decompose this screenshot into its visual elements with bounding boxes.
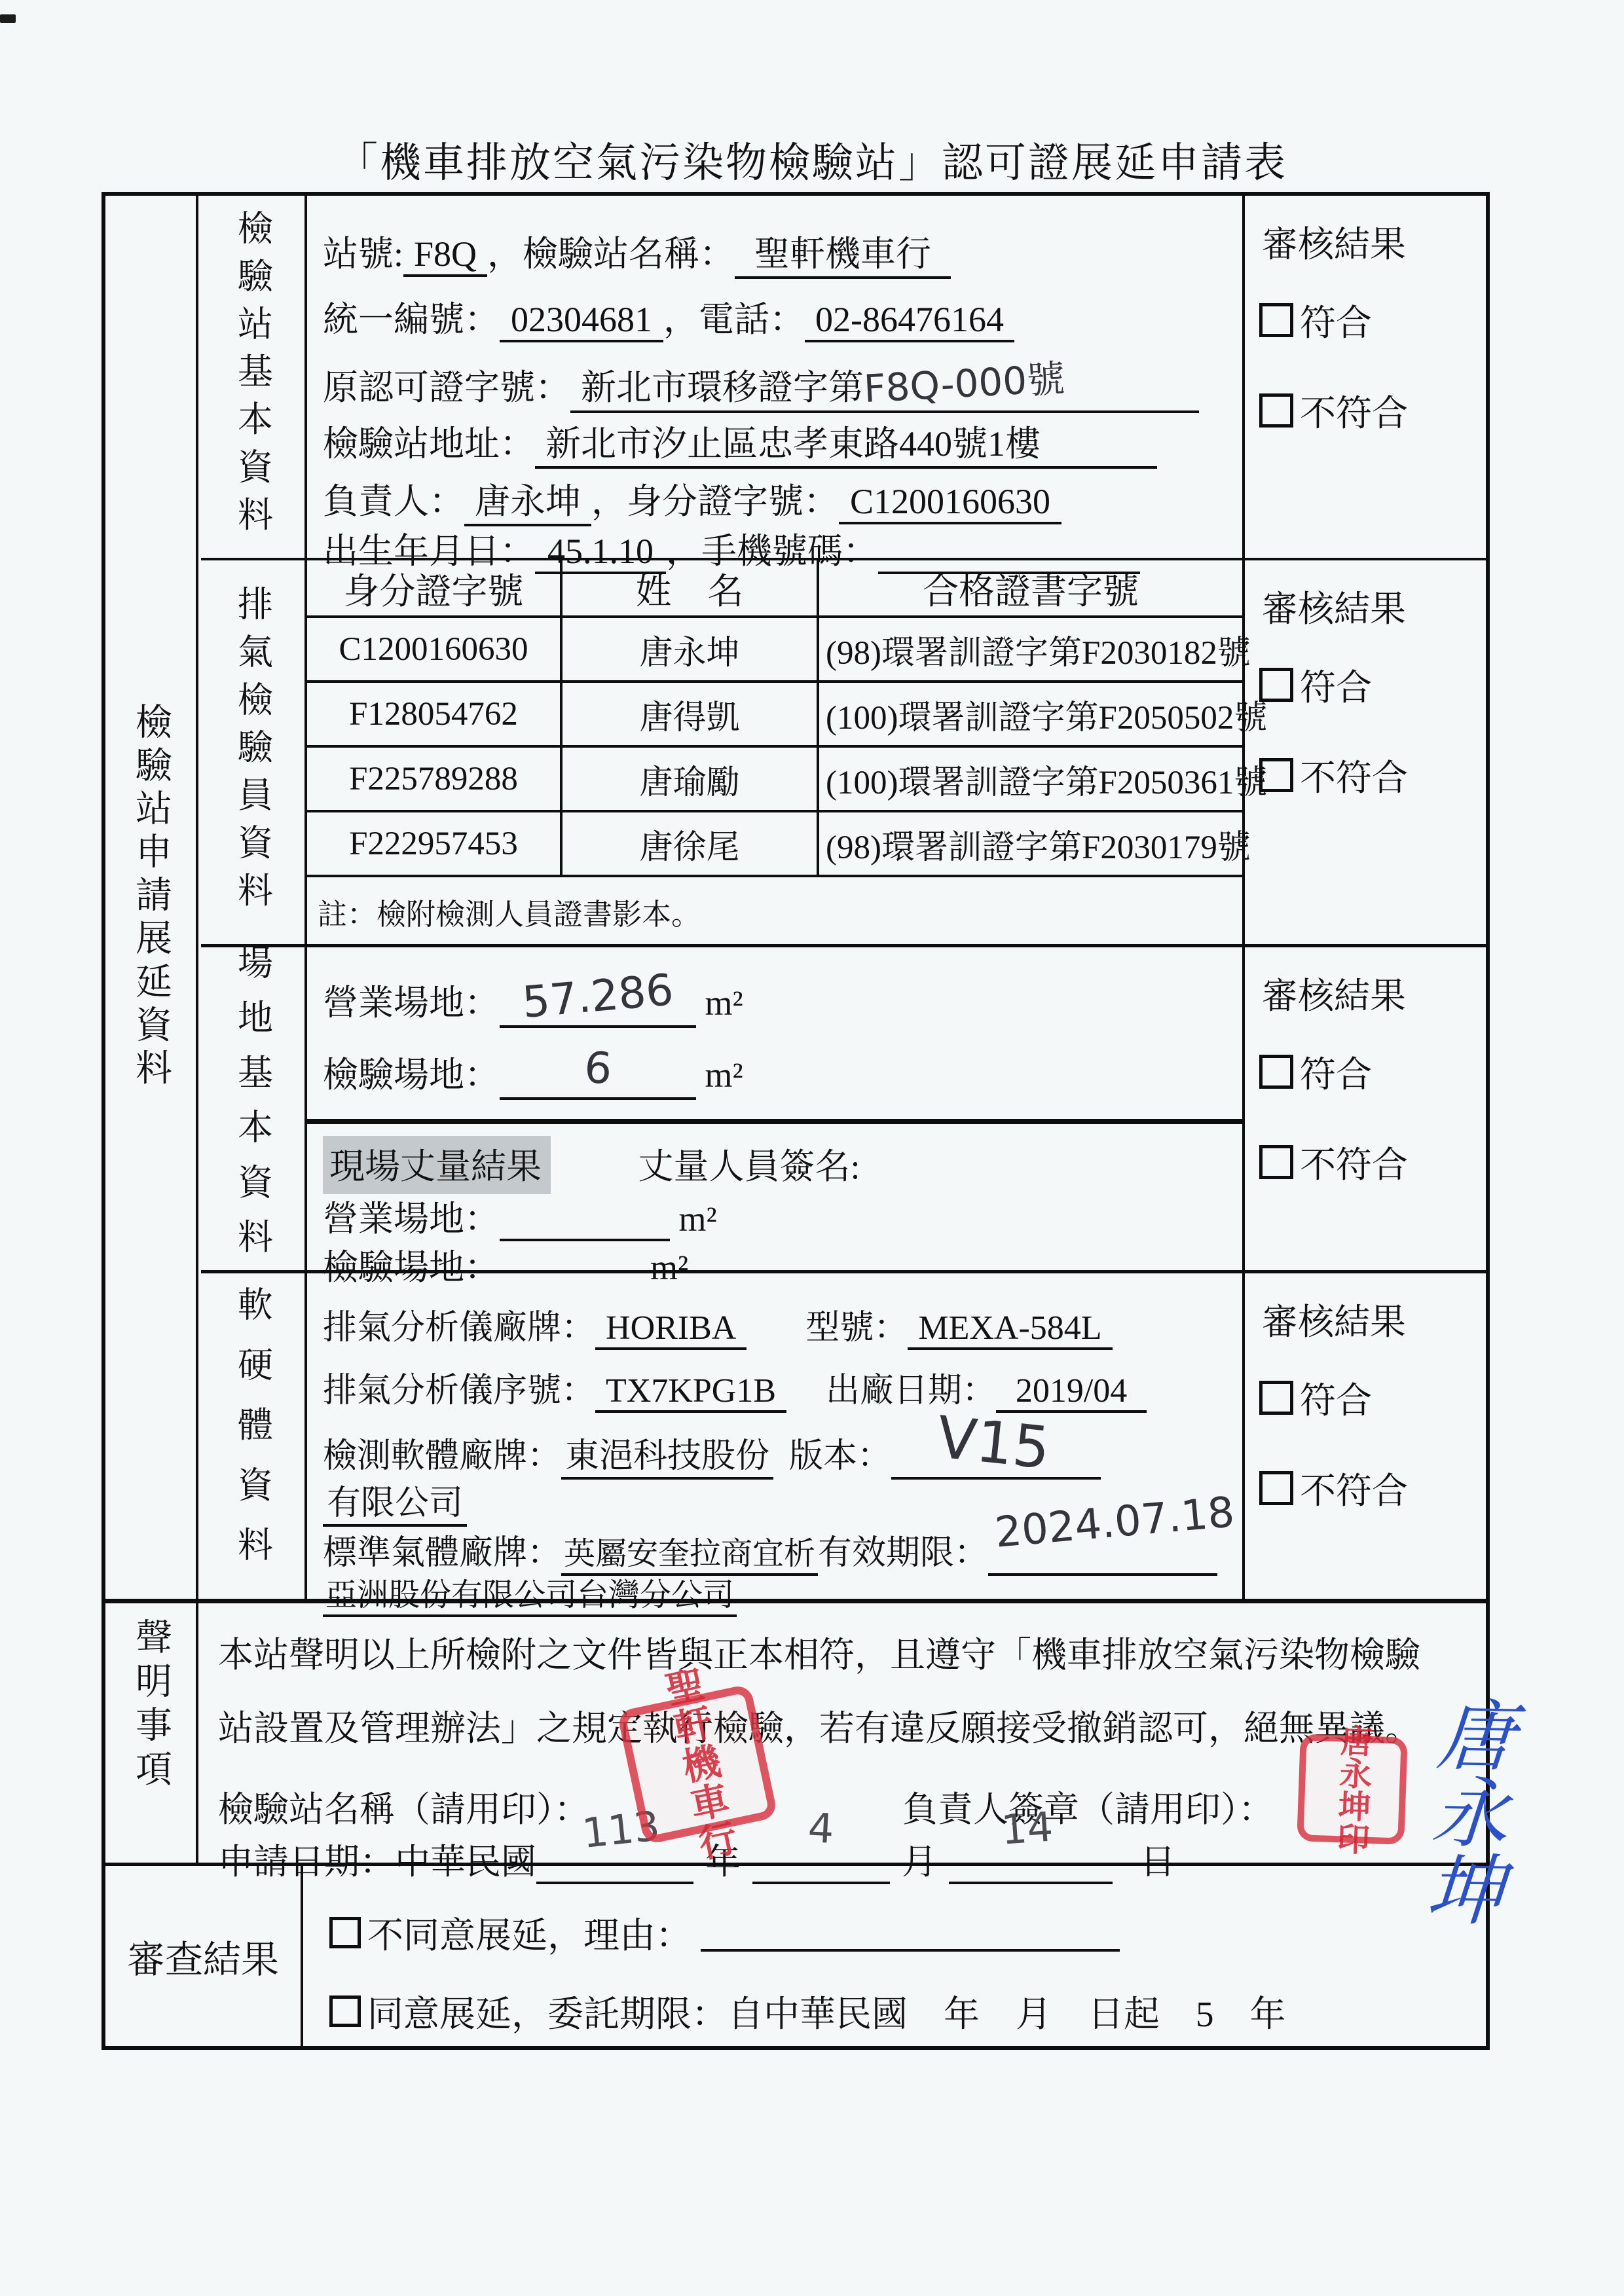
tel-label: ，電話： [663, 300, 805, 339]
fail-checkbox[interactable] [1259, 393, 1293, 428]
owner-label: 負責人： [323, 482, 464, 521]
inspection-area-line: 檢驗場地：6 m² [323, 1047, 743, 1100]
expiry-label: 有效期限： [818, 1535, 988, 1572]
cell-cert: (98)環署訓證字第F2030182號 [819, 618, 1251, 680]
site-basic-content: 營業場地：57.286 m² 檢驗場地：6 m² 現場丈量結果 丈量人員簽名: … [307, 947, 1242, 1270]
review-station-basic: 審核結果 符合 不符合 [1242, 196, 1486, 558]
software-vendor2: 有限公司 [323, 1475, 467, 1527]
expiry-field[interactable]: 2024.07.18 [988, 1538, 1217, 1576]
month-hand: 4 [807, 1804, 835, 1853]
analyzer-serial-line: 排氣分析儀序號：TX7KPG1B出廠日期：2019/04 [323, 1362, 1147, 1413]
review-title: 審核結果 [1262, 580, 1486, 632]
pass-label: 符合 [1300, 1046, 1372, 1097]
application-form: 檢驗站申請展延資料 檢驗站基本資料 站號:F8Q，檢驗站名稱：聖軒機車行 統一編… [101, 192, 1490, 2050]
model-label: 型號： [805, 1309, 908, 1347]
measure-title: 現場丈量結果 [323, 1136, 551, 1194]
pass-checkbox[interactable] [1259, 668, 1293, 702]
inspection-area-field[interactable]: 6 [500, 1047, 696, 1100]
section-station-basic: 檢驗站基本資料 站號:F8Q，檢驗站名稱：聖軒機車行 統一編號：02304681… [201, 196, 1486, 558]
review-pass-option: 符合 [1259, 1372, 1372, 1423]
section-label-inspectors: 排氣檢驗員資料 [201, 560, 307, 944]
uid-line: 統一編號：02304681，電話：02-86476164 [323, 291, 1014, 342]
gas-vendor-line: 標準氣體廠牌：英屬安奎拉商宜析有效期限：2024.07.18 [323, 1525, 1217, 1576]
orig-cert-printed: 新北市環移證字第 [581, 368, 864, 407]
header-name: 姓 名 [563, 560, 819, 615]
measured-business-field[interactable] [500, 1203, 670, 1241]
unit-m2: m² [679, 1199, 717, 1239]
owner-signature: 唐永坤 [1401, 1694, 1528, 1927]
cell-id: C1200160630 [307, 618, 563, 680]
day-hand: 14 [1000, 1802, 1055, 1853]
software-vendor-label: 檢測軟體廠牌： [323, 1438, 561, 1475]
uid-field[interactable]: 02304681 [500, 299, 663, 342]
unit-m2: m² [705, 983, 743, 1023]
analyzer-brand-line: 排氣分析儀廠牌：HORIBA型號：MEXA-584L [323, 1300, 1113, 1350]
review-fail-option: 不符合 [1259, 749, 1408, 801]
fail-label: 不符合 [1300, 1136, 1408, 1188]
analyzer-serial-field[interactable]: TX7KPG1B [595, 1372, 786, 1413]
table-note: 註：檢附檢測人員證書影本。 [307, 877, 1242, 946]
station-stamp-text: 聖軒機車行 [654, 1664, 741, 1866]
version-field[interactable]: V15 [891, 1442, 1101, 1480]
cell-name: 唐徐尾 [563, 812, 819, 875]
measured-business-line: 營業場地： m² [323, 1191, 717, 1241]
gas-vendor-label: 標準氣體廠牌： [323, 1535, 561, 1572]
fail-label: 不符合 [1300, 749, 1408, 801]
review-hw-sw: 審核結果 符合 不符合 [1242, 1273, 1486, 1599]
address-line: 檢驗站地址：新北市汐止區忠孝東路440號1樓 [323, 416, 1157, 469]
cell-id: F225789288 [307, 748, 563, 810]
cell-id: F222957453 [307, 812, 563, 875]
cell-name: 唐永坤 [563, 618, 819, 680]
audit-label-col: 審查結果 [105, 1866, 303, 2046]
station-seal-label: 檢驗站名稱（請用印）： [218, 1781, 589, 1832]
owner-field[interactable]: 唐永坤 [464, 473, 591, 526]
fail-checkbox[interactable] [1259, 758, 1293, 792]
owner-stamp-text: 唐永坤印 [1329, 1723, 1376, 1855]
spine-column: 檢驗站申請展延資料 [105, 196, 198, 1599]
fail-label: 不符合 [1300, 384, 1408, 436]
software-vendor2-line: 有限公司 [323, 1475, 467, 1527]
cell-name: 唐得凱 [563, 683, 819, 745]
inspection-area-label: 檢驗場地： [323, 1055, 500, 1095]
inspector-table: 身分證字號 姓 名 合格證書字號 C1200160630 唐永坤 (98)環署訓… [307, 560, 1242, 944]
fail-label: 不符合 [1300, 1462, 1408, 1514]
address-label: 檢驗站地址： [323, 424, 535, 464]
review-inspectors: 審核結果 符合 不符合 [1242, 560, 1486, 944]
orig-cert-line: 原認可證字號：新北市環移證字第F8Q-000號 [323, 355, 1199, 413]
measure-signer-label: 丈量人員簽名: [638, 1147, 860, 1186]
owner-id-label: ，身分證字號： [591, 482, 839, 521]
business-area-line: 營業場地：57.286 m² [323, 975, 743, 1028]
table-row: F222957453 唐徐尾 (98)環署訓證字第F2030179號 [307, 812, 1242, 877]
business-area-field[interactable]: 57.286 [500, 975, 696, 1028]
station-no-label: 站號: [323, 234, 403, 274]
pass-label: 符合 [1300, 294, 1372, 346]
cell-cert: (98)環署訓證字第F2030179號 [819, 812, 1251, 875]
station-name-label: ，檢驗站名稱： [487, 234, 735, 274]
measure-title-line: 現場丈量結果 丈量人員簽名: [323, 1136, 860, 1194]
approve-checkbox[interactable] [329, 1995, 361, 2027]
section-label-station-basic: 檢驗站基本資料 [201, 196, 307, 558]
section-site-basic: 場地基本資料 營業場地：57.286 m² 檢驗場地：6 m² 現場丈量結果 丈… [201, 944, 1486, 1270]
station-no-field[interactable]: F8Q [403, 234, 487, 277]
address-field[interactable]: 新北市汐止區忠孝東路440號1樓 [535, 416, 1157, 469]
review-pass-option: 符合 [1259, 294, 1372, 346]
review-fail-option: 不符合 [1259, 1136, 1408, 1188]
section-inspectors: 排氣檢驗員資料 身分證字號 姓 名 合格證書字號 C1200160630 唐永坤… [201, 558, 1486, 944]
spine-label: 檢驗站申請展延資料 [124, 702, 177, 1092]
analyzer-brand-field[interactable]: HORIBA [595, 1309, 747, 1350]
mfg-date-field[interactable]: 2019/04 [996, 1372, 1147, 1413]
table-row: F225789288 唐瑜勵 (100)環署訓證字第F2050361號 [307, 748, 1242, 812]
declaration-label-col: 聲明事項 [105, 1603, 198, 1863]
fail-checkbox[interactable] [1259, 1145, 1293, 1179]
model-field[interactable]: MEXA-584L [908, 1309, 1112, 1350]
scan-artifact [0, 14, 16, 23]
analyzer-brand-label: 排氣分析儀廠牌： [323, 1309, 595, 1347]
audit-approve-option: 同意展延，委託期限：自中華民國 年 月 日起 5 年 [329, 1985, 1286, 2037]
version-hand: V15 [934, 1403, 1053, 1482]
review-title: 審核結果 [1262, 967, 1486, 1019]
measure-divider [307, 1119, 1242, 1124]
audit-reject-option: 不同意展延，理由： [329, 1906, 1120, 1958]
version-label: 版本： [789, 1438, 891, 1475]
tel-field[interactable]: 02-86476164 [805, 299, 1014, 342]
analyzer-serial-label: 排氣分析儀序號： [323, 1372, 595, 1410]
approve-label: 同意展延，委託期限：自中華民國 年 月 日起 5 年 [367, 1985, 1286, 2037]
reject-reason-field[interactable] [701, 1914, 1120, 1952]
review-fail-option: 不符合 [1259, 1462, 1408, 1514]
cell-cert: (100)環署訓證字第F2050502號 [819, 683, 1267, 745]
declaration-row: 聲明事項 本站聲明以上所檢附之文件皆與正本相符，且遵守「機車排放空氣污染物檢驗 … [105, 1599, 1486, 1863]
uid-label: 統一編號： [323, 300, 500, 339]
orig-cert-field[interactable]: 新北市環移證字第F8Q-000號 [570, 355, 1199, 413]
audit-row: 審查結果 不同意展延，理由： 同意展延，委託期限：自中華民國 年 月 日起 5 … [105, 1863, 1486, 2046]
business-area-hand: 57.286 [520, 964, 675, 1028]
inspectors-content: 身分證字號 姓 名 合格證書字號 C1200160630 唐永坤 (98)環署訓… [307, 560, 1242, 944]
reject-label: 不同意展延，理由： [367, 1906, 692, 1958]
section-hw-sw: 軟硬體資料 排氣分析儀廠牌：HORIBA型號：MEXA-584L 排氣分析儀序號… [201, 1270, 1486, 1599]
station-no-line: 站號:F8Q，檢驗站名稱：聖軒機車行 [323, 226, 951, 279]
page-title: 「機車排放空氣污染物檢驗站」認可證展延申請表 [0, 130, 1624, 189]
business-area-label: 營業場地： [323, 983, 500, 1023]
hw-sw-content: 排氣分析儀廠牌：HORIBA型號：MEXA-584L 排氣分析儀序號：TX7KP… [307, 1273, 1242, 1599]
station-seal-stamp: 聖軒機車行 [617, 1684, 779, 1846]
measured-business-label: 營業場地： [323, 1199, 500, 1239]
review-title: 審核結果 [1262, 215, 1486, 267]
declaration-text-line1: 本站聲明以上所檢附之文件皆與正本相符，且遵守「機車排放空氣污染物檢驗 [218, 1627, 1420, 1677]
owner-seal-stamp: 唐永坤印 [1297, 1734, 1408, 1845]
declaration-content: 本站聲明以上所檢附之文件皆與正本相符，且遵守「機車排放空氣污染物檢驗 站設置及管… [198, 1603, 1486, 1863]
review-pass-option: 符合 [1259, 1046, 1372, 1097]
orig-cert-hand: F8Q-000號 [862, 348, 1066, 413]
review-fail-option: 不符合 [1259, 384, 1408, 436]
cell-id: F128054762 [307, 683, 563, 745]
declaration-label: 聲明事項 [124, 1618, 177, 1863]
software-vendor-field[interactable]: 東浥科技股份 [561, 1428, 773, 1480]
declaration-text-line2: 站設置及管理辦法」之規定執行檢驗，若有違反願接受撤銷認可，絕無異議。 [218, 1700, 1420, 1751]
inspector-table-header: 身分證字號 姓 名 合格證書字號 [307, 560, 1242, 618]
cell-cert: (100)環署訓證字第F2050361號 [819, 748, 1267, 810]
pass-checkbox[interactable] [1259, 303, 1293, 337]
review-title: 審核結果 [1262, 1293, 1486, 1345]
cell-name: 唐瑜勵 [563, 748, 819, 810]
section-label-hw-sw: 軟硬體資料 [201, 1273, 307, 1599]
pass-checkbox[interactable] [1259, 1381, 1293, 1415]
review-site-basic: 審核結果 符合 不符合 [1242, 947, 1486, 1270]
review-pass-option: 符合 [1259, 659, 1372, 710]
header-cert: 合格證書字號 [819, 560, 1242, 615]
header-id: 身分證字號 [307, 560, 563, 615]
owner-seal-label: 負責人簽章（請用印）： [902, 1781, 1274, 1832]
audit-content: 不同意展延，理由： 同意展延，委託期限：自中華民國 年 月 日起 5 年 [303, 1866, 1486, 2046]
unit-m2: m² [705, 1055, 743, 1095]
table-row: F128054762 唐得凱 (100)環署訓證字第F2050502號 [307, 683, 1242, 748]
inspection-area-hand: 6 [583, 1042, 614, 1095]
reject-checkbox[interactable] [329, 1917, 361, 1948]
owner-id-field[interactable]: C1200160630 [839, 481, 1061, 524]
orig-cert-label: 原認可證字號： [323, 368, 570, 407]
owner-line: 負責人：唐永坤，身分證字號：C1200160630 [323, 473, 1061, 526]
pass-checkbox[interactable] [1259, 1055, 1293, 1089]
pass-label: 符合 [1300, 1372, 1372, 1423]
table-row: C1200160630 唐永坤 (98)環署訓證字第F2030182號 [307, 618, 1242, 683]
mfg-date-label: 出廠日期： [826, 1372, 996, 1410]
station-basic-content: 站號:F8Q，檢驗站名稱：聖軒機車行 統一編號：02304681，電話：02-8… [307, 196, 1242, 558]
section-label-site-basic: 場地基本資料 [201, 947, 307, 1270]
software-vendor-line: 檢測軟體廠牌：東浥科技股份版本：V15 [323, 1428, 1101, 1480]
pass-label: 符合 [1300, 659, 1372, 710]
fail-checkbox[interactable] [1259, 1471, 1293, 1505]
audit-label: 審查結果 [127, 1929, 279, 1984]
station-name-field[interactable]: 聖軒機車行 [735, 226, 951, 279]
expiry-hand: 2024.07.18 [993, 1488, 1236, 1558]
